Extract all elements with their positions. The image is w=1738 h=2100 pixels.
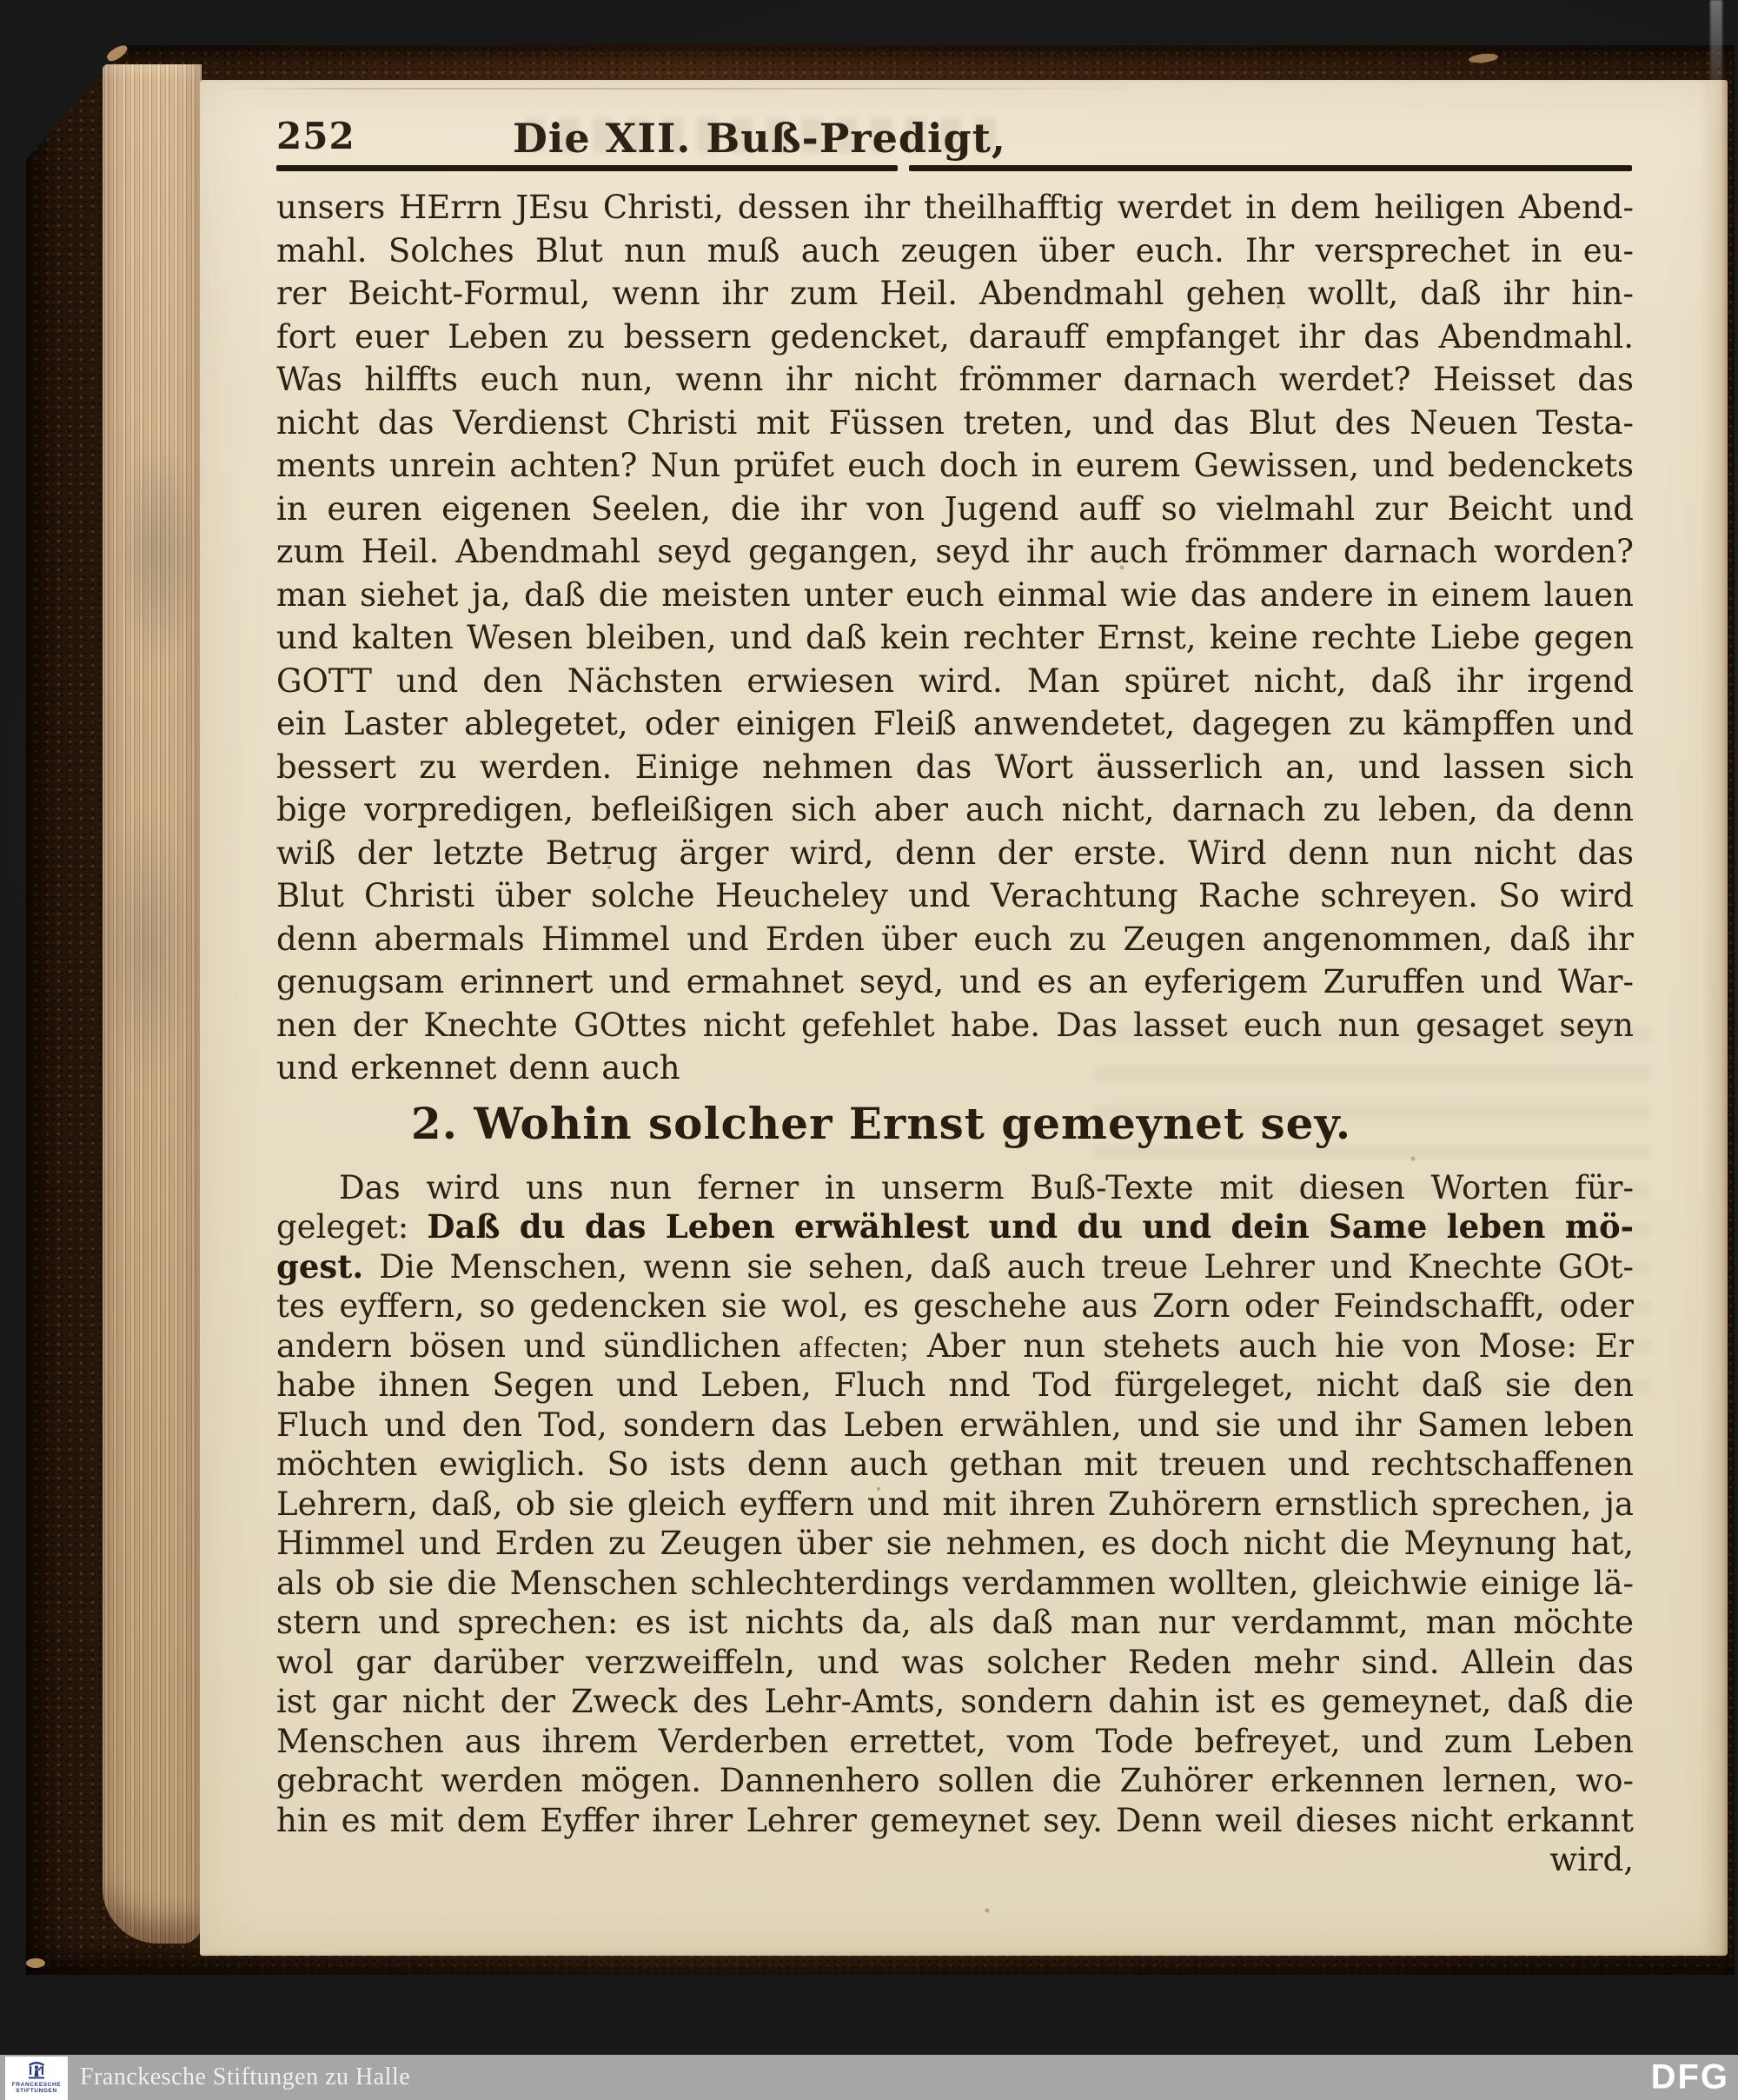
scanned-book-photo: 252 Die XII. Buß-Predigt, unsers HErrn J… xyxy=(0,0,1738,2100)
text-line: denn abermals Himmel und Erden über euch… xyxy=(276,918,1634,961)
page-head: 252 Die XII. Buß-Predigt, xyxy=(276,115,1634,163)
paragraph-2-rest: habe ihnen Segen und Leben, Fluch nnd To… xyxy=(276,1366,1634,1840)
emphasis-run: gest. xyxy=(276,1247,363,1286)
text-line: nen der Knechte GOttes nicht gefehlet ha… xyxy=(276,1004,1634,1047)
text-line: wol gar darüber verzweiffeln, und was so… xyxy=(276,1643,1634,1683)
text-line: man siehet ja, daß die meisten unter euc… xyxy=(276,574,1634,617)
text-run: geleget: xyxy=(276,1208,427,1246)
book-page: 252 Die XII. Buß-Predigt, unsers HErrn J… xyxy=(200,80,1728,1956)
text-line: genugsam erinnert und ermahnet seyd, und… xyxy=(276,960,1634,1004)
text-line: wiß der letzte Betrug ärger wird, denn d… xyxy=(276,832,1634,875)
text-line: stern und sprechen: es ist nichts da, al… xyxy=(276,1603,1634,1643)
body-text: unsers HErrn JEsu Christi, dessen ihr th… xyxy=(276,186,1634,1880)
text-line: nicht das Verdienst Christi mit Füssen t… xyxy=(276,402,1634,445)
institution-name: Franckesche Stiftungen zu Halle xyxy=(80,2063,410,2091)
text-line: als ob sie die Menschen schlechterdings … xyxy=(276,1564,1634,1604)
text-line: bessert zu werden. Einige nehmen das Wor… xyxy=(276,746,1634,789)
text-line: fort euer Leben zu bessern gedencket, da… xyxy=(276,316,1634,359)
text-line: gebracht werden mögen. Dannenhero sollen… xyxy=(276,1761,1634,1801)
glass-reflection-strip xyxy=(1710,0,1722,143)
antiqua-run: affecten; xyxy=(799,1332,909,1364)
text-line: Das wird uns nun ferner in unserm Buß-Te… xyxy=(276,1168,1634,1208)
section-heading: 2. Wohin solcher Ernst gemeynet sey. xyxy=(276,1097,1486,1151)
text-line: in euren eigenen Seelen, die ihr von Jug… xyxy=(276,488,1634,531)
text-line: Lehrern, daß, ob sie gleich eyffern und … xyxy=(276,1485,1634,1525)
text-line: unsers HErrn JEsu Christi, dessen ihr th… xyxy=(276,186,1634,229)
text-line: möchten ewiglich. So ists denn auch geth… xyxy=(276,1445,1634,1485)
text-line: Was hilffts euch nun, wenn ihr nicht frö… xyxy=(276,358,1634,402)
logo-caption-line: FRANCKESCHE xyxy=(12,2082,61,2088)
text-line: Menschen aus ihrem Verderben errettet, v… xyxy=(276,1722,1634,1762)
text-line: geleget: Daß du das Leben erwählest und … xyxy=(276,1207,1634,1247)
text-run: andern bösen und sündlichen xyxy=(276,1327,799,1365)
francke-emblem-icon xyxy=(27,2059,46,2080)
page-block-fore-edge xyxy=(103,64,202,1944)
header-rule-left-segment xyxy=(276,165,898,171)
logo-caption-line: STIFTUNGEN xyxy=(16,2088,57,2094)
page-number: 252 xyxy=(276,115,355,157)
text-line: und kalten Wesen bleiben, und daß kein r… xyxy=(276,616,1634,660)
text-line: habe ihnen Segen und Leben, Fluch nnd To… xyxy=(276,1366,1634,1406)
text-line: rer Beicht-Formul, wenn ihr zum Heil. Ab… xyxy=(276,272,1634,316)
text-line: Fluch und den Tod, sondern das Leben erw… xyxy=(276,1406,1634,1445)
running-header: Die XII. Buß-Predigt, xyxy=(513,115,1006,162)
paragraph-1: unsers HErrn JEsu Christi, dessen ihr th… xyxy=(276,186,1634,1047)
viewer-footer-bar: FRANCKESCHE STIFTUNGEN Franckesche Stift… xyxy=(0,2055,1738,2100)
paragraph-2: Das wird uns nun ferner in unserm Buß-Te… xyxy=(276,1168,1634,1880)
text-line: mahl. Solches Blut nun muß auch zeugen ü… xyxy=(276,229,1634,273)
logo-caption: FRANCKESCHE STIFTUNGEN xyxy=(12,2082,61,2094)
text-run: Die Menschen, wenn sie sehen, daß auch t… xyxy=(363,1248,1634,1286)
text-line: ist gar nicht der Zweck des Lehr-Amts, s… xyxy=(276,1682,1634,1722)
text-line: hin es mit dem Eyffer ihrer Lehrer gemey… xyxy=(276,1801,1634,1841)
text-line: GOTT und den Nächsten erwiesen wird. Man… xyxy=(276,660,1634,703)
text-line: ein Laster ablegetet, oder einigen Fleiß… xyxy=(276,702,1634,746)
text-run: Aber nun stehets auch hie von Mose: Er xyxy=(909,1327,1634,1365)
francke-foundations-logo: FRANCKESCHE STIFTUNGEN xyxy=(5,2057,68,2100)
header-rule xyxy=(276,165,1634,171)
text-line: Himmel und Erden zu Zeugen über sie nehm… xyxy=(276,1524,1634,1564)
dfg-logo: DFG xyxy=(1651,2058,1729,2097)
text-line: Blut Christi über solche Heucheley und V… xyxy=(276,874,1634,918)
catchword: wird, xyxy=(276,1840,1634,1880)
text-line: tes eyffern, so gedencken sie wol, es ge… xyxy=(276,1286,1634,1326)
text-line: ments unrein achten? Nun prüfet euch doc… xyxy=(276,444,1634,488)
emphasis-run: Daß du das Leben erwählest und du und de… xyxy=(427,1207,1634,1246)
header-rule-right-segment xyxy=(909,165,1632,171)
text-line: und erkennet denn auch xyxy=(276,1047,1634,1090)
text-line: gest. Die Menschen, wenn sie sehen, daß … xyxy=(276,1247,1634,1287)
text-line: andern bösen und sündlichen affecten; Ab… xyxy=(276,1326,1634,1366)
text-line: zum Heil. Abendmahl seyd gegangen, seyd … xyxy=(276,530,1634,574)
typeset-area: 252 Die XII. Buß-Predigt, unsers HErrn J… xyxy=(200,80,1728,1880)
leather-wear-fleck xyxy=(26,1958,45,1968)
text-line: bige vorpredigen, befleißigen sich aber … xyxy=(276,788,1634,832)
